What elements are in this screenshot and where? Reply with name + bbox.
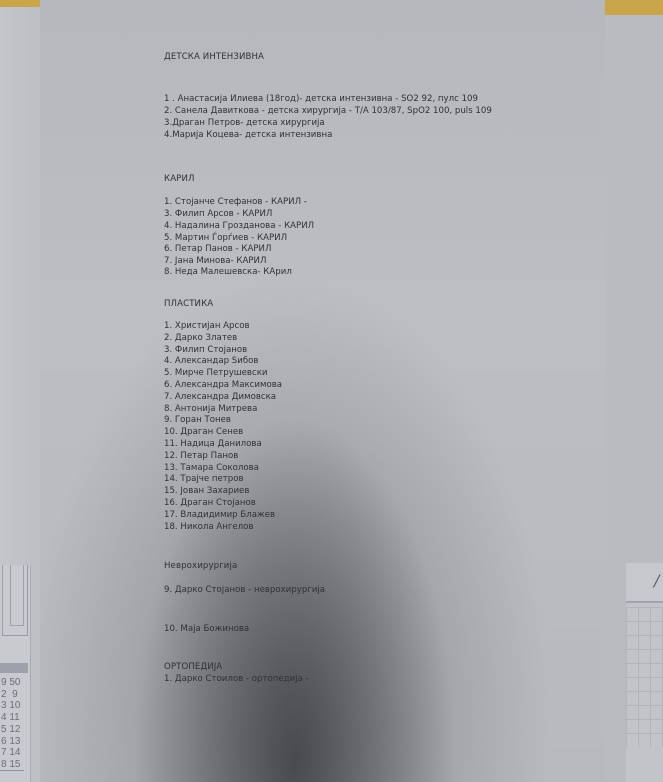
- list-item: 8. Неда Малешевска- КАрил: [164, 266, 292, 278]
- list-item: 16. Драган Стојанов: [164, 497, 256, 509]
- list-item: 10. Маја Божинова: [164, 623, 249, 635]
- list-item: 17. Владидимир Блажев: [164, 509, 275, 521]
- list-item: 3.Драган Петров- детска хирургија: [164, 117, 325, 129]
- list-item: 9. Дарко Стојанов - неврохирургија: [164, 584, 325, 596]
- list-item: 9. Горан Тонев: [164, 414, 231, 426]
- list-item: 2. Санела Давиткова - детска хирургија -…: [164, 105, 492, 117]
- handwriting-mark: /: [654, 571, 659, 590]
- calendar-rule: [0, 770, 24, 771]
- list-item: 4. Надалина Грозданова - КАРИЛ: [164, 220, 314, 232]
- list-item: 2. Дарко Златев: [164, 332, 237, 344]
- list-item: 1. Стојанче Стефанов - КАРИЛ -: [164, 196, 307, 208]
- list-item: 6. Александра Максимова: [164, 379, 282, 391]
- calendar-numbers: 9 50 2 9 3 10 4 11 5 12 6 13 7 14 8 15: [1, 677, 20, 771]
- list-item: 1. Дарко Стоилов - ортопедија -: [164, 673, 309, 685]
- list-item: 3. Филип Арсов - КАРИЛ: [164, 208, 272, 220]
- list-item: 14. Трајче петров: [164, 473, 244, 485]
- list-item: 3. Филип Стојанов: [164, 344, 247, 356]
- section-heading-plastika: ПЛАСТИКА: [164, 298, 213, 310]
- yellow-folder-edge-left: [0, 0, 42, 7]
- calendar-header-band: [0, 663, 28, 673]
- list-item: 12. Петар Панов: [164, 450, 238, 462]
- section-heading-karil: КАРИЛ: [164, 173, 195, 185]
- paper-sheet: ДЕТСКА ИНТЕНЗИВНА 1 . Анастасија Илиева …: [40, 0, 605, 782]
- list-item: 4. Александар Ѕибов: [164, 355, 258, 367]
- list-item: 10. Драган Сенев: [164, 426, 243, 438]
- list-item: 4.Марија Коцева- детска интензивна: [164, 129, 332, 141]
- section-heading-ortopedija: ОРТОПЕДИЈА: [164, 661, 222, 673]
- list-item: 7. Александра Димовска: [164, 391, 276, 403]
- notebook-grid: [626, 607, 663, 747]
- section-heading-nevrohirurgija: Неврохирургија: [164, 560, 237, 572]
- list-item: 1 . Анастасија Илиева (18год)- детска ин…: [164, 93, 478, 105]
- background-notebook-right: /: [626, 563, 663, 782]
- list-item: 18. Никола Ангелов: [164, 521, 254, 533]
- calendar-frame-inner: [10, 565, 24, 626]
- list-item: 1. Христијан Арсов: [164, 320, 250, 332]
- section-heading-detska-intenzivna: ДЕТСКА ИНТЕНЗИВНА: [164, 51, 264, 63]
- list-item: 6. Петар Панов - КАРИЛ: [164, 243, 271, 255]
- yellow-folder-edge-right: [604, 0, 663, 15]
- list-item: 13. Тамара Соколова: [164, 462, 259, 474]
- list-item: 8. Антонија Митрева: [164, 403, 257, 415]
- list-item: 15. Јован Захариев: [164, 485, 249, 497]
- list-item: 5. Мирче Петрушевски: [164, 367, 268, 379]
- background-calendar-left: 9 50 2 9 3 10 4 11 5 12 6 13 7 14 8 15: [0, 565, 31, 782]
- list-item: 11. Надица Данилова: [164, 438, 262, 450]
